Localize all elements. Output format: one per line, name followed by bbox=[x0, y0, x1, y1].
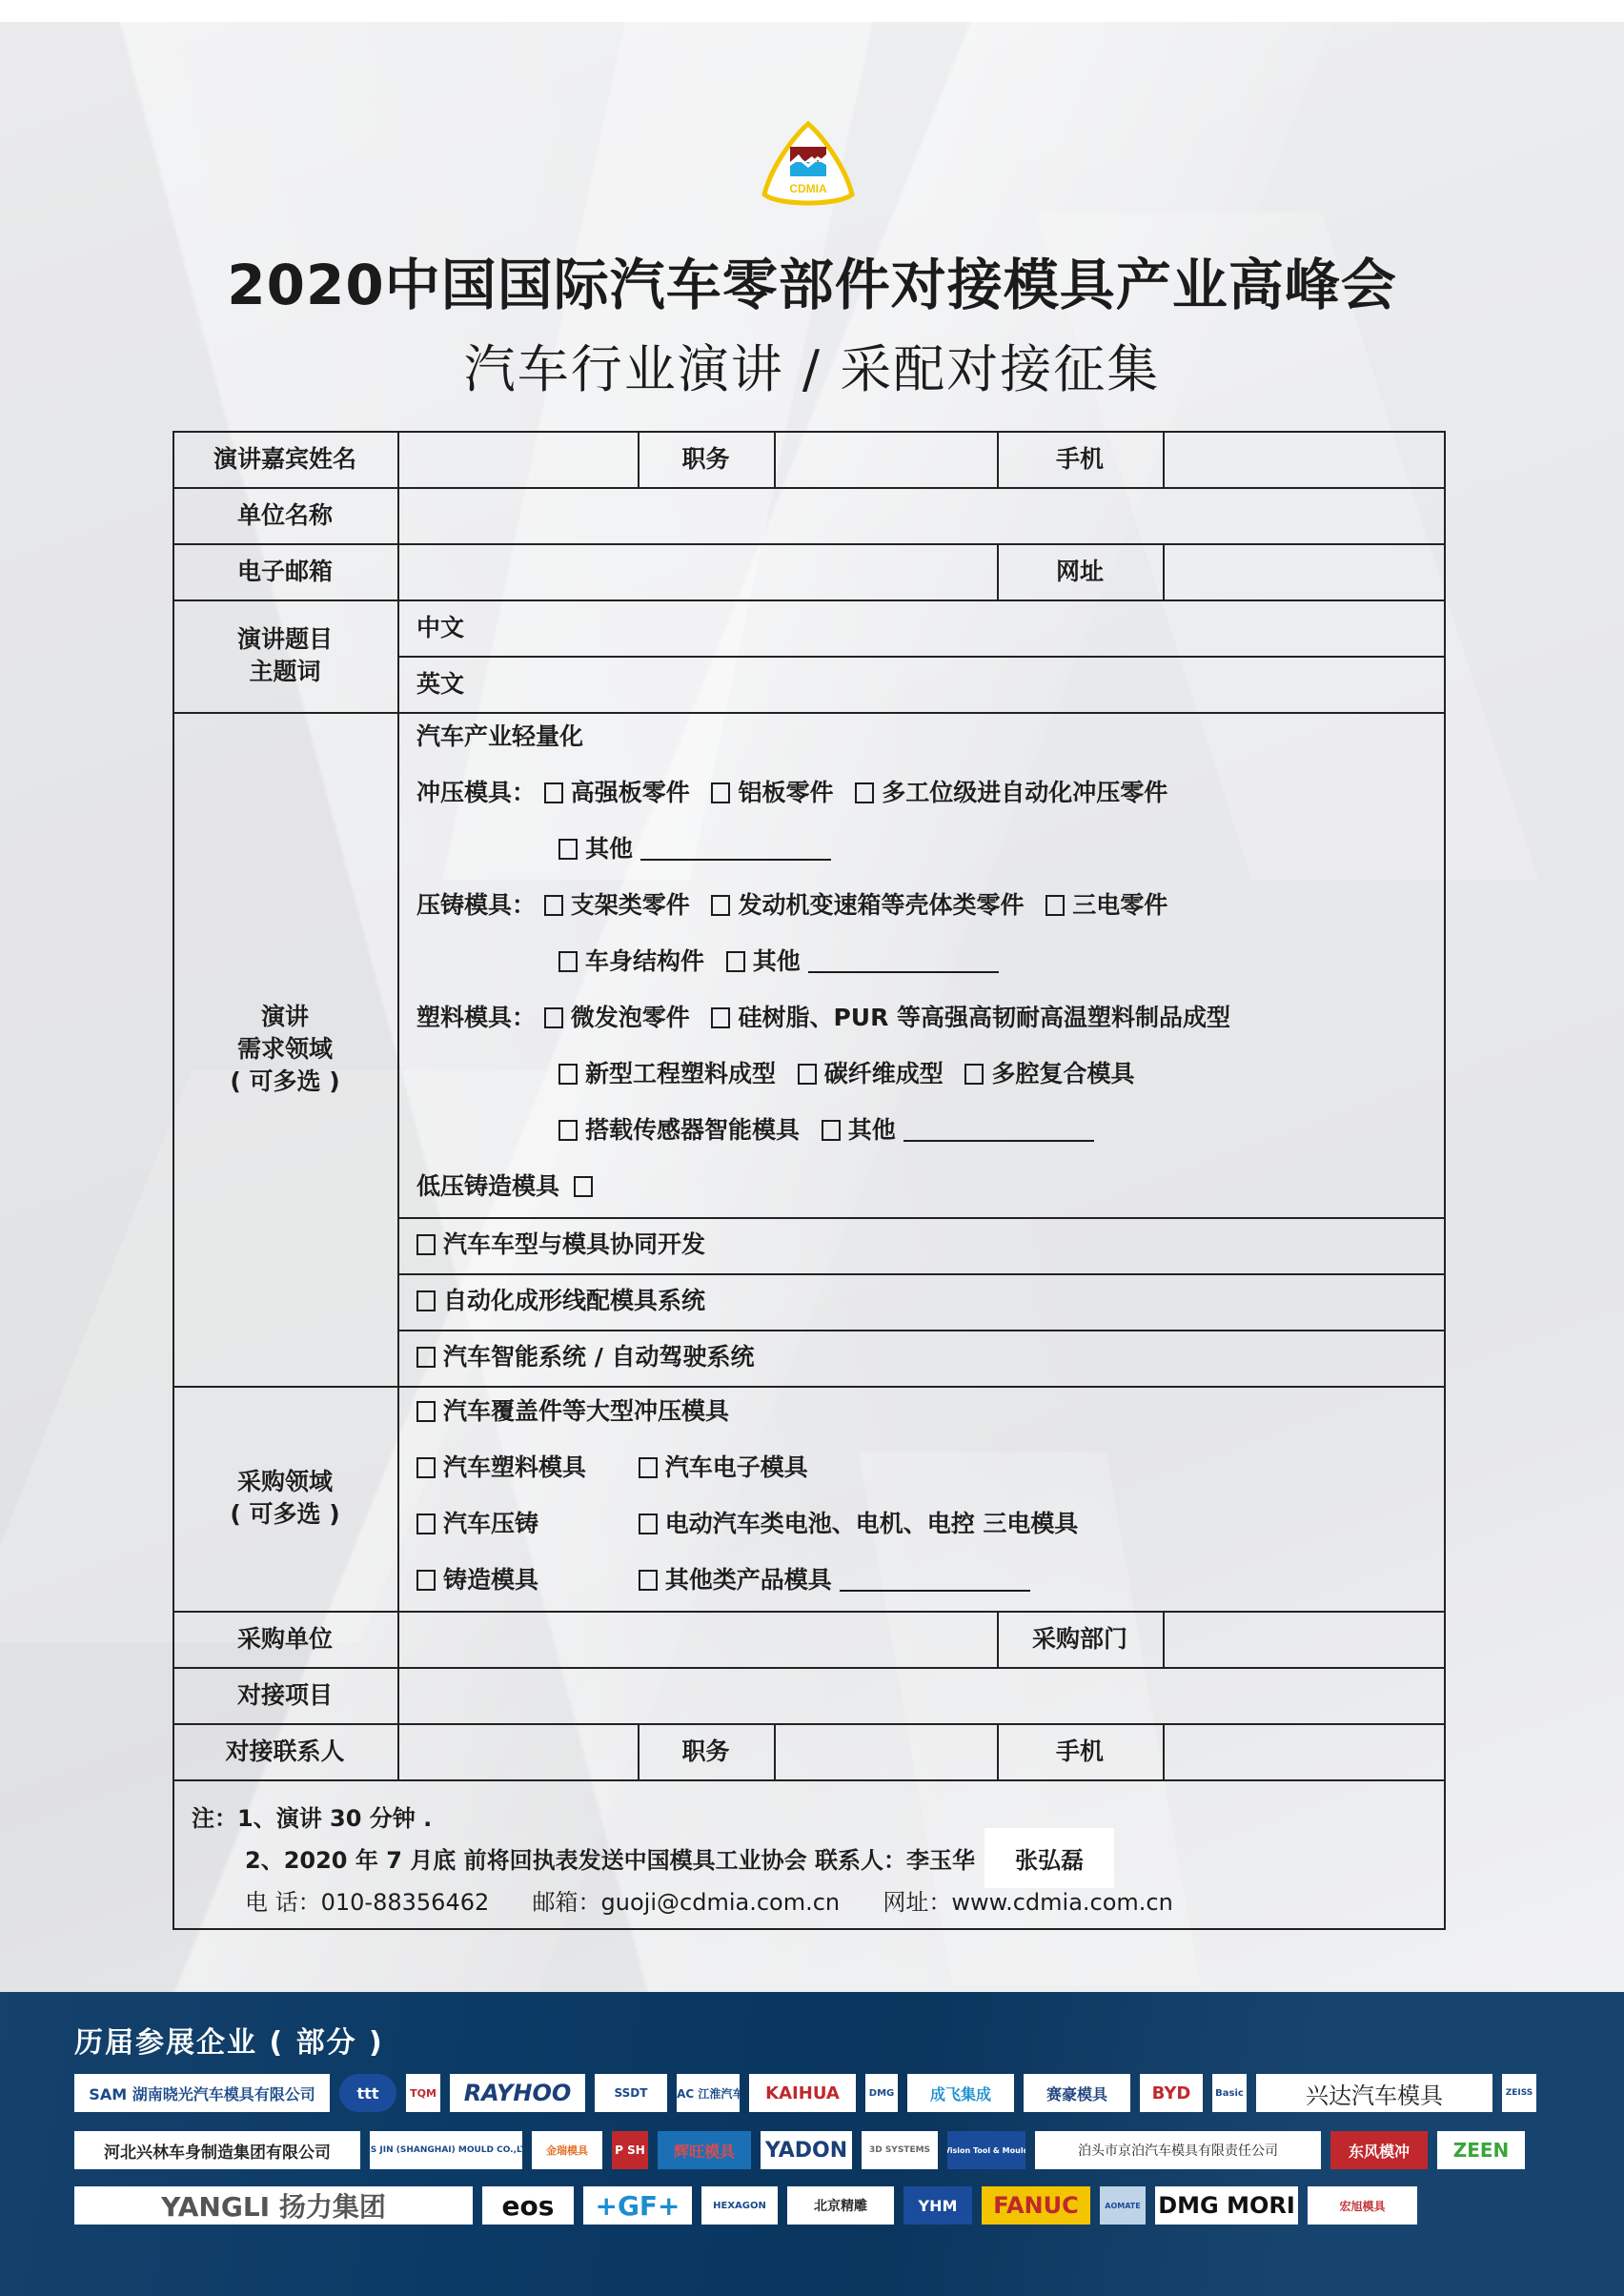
contact-person-field[interactable] bbox=[399, 1725, 638, 1779]
procurement-row-2: 汽车塑料模具 汽车电子模具 bbox=[416, 1453, 808, 1482]
option-label: 其他 bbox=[585, 835, 633, 863]
speaker-name-field[interactable] bbox=[399, 433, 638, 487]
logo-dongfeng: 东风模冲 bbox=[1330, 2131, 1428, 2169]
project-label: 对接项目 bbox=[173, 1667, 397, 1723]
note-line-2-text: 2、2020 年 7 月底 前将回执表发送中国模具工业协会 联系人：李玉华 bbox=[245, 1841, 975, 1875]
website-link[interactable]: 网址：www.cdmia.com.cn bbox=[883, 1889, 1172, 1916]
option-label: 多工位级进自动化冲压零件 bbox=[882, 779, 1167, 806]
option-label: 汽车车型与模具协同开发 bbox=[443, 1230, 705, 1258]
option-label: 汽车电子模具 bbox=[665, 1453, 808, 1481]
option-label: 碳纤维成型 bbox=[824, 1060, 944, 1087]
option-label: 汽车压铸 bbox=[443, 1510, 538, 1537]
logo-row-2: 河北兴林车身制造集团有限公司 YES JIN (SHANGHAI) MOULD … bbox=[74, 2131, 1525, 2169]
website-label: 网址 bbox=[997, 543, 1163, 599]
option-label: 车身结构件 bbox=[585, 947, 704, 975]
option-label: 发动机变速箱等壳体类零件 bbox=[738, 891, 1024, 919]
topic-cn-field[interactable] bbox=[477, 601, 1444, 656]
procurement-label-line2: ( 可多选 ) bbox=[230, 1498, 339, 1531]
logo-saihao: 赛豪模具 bbox=[1024, 2074, 1130, 2112]
plastic-row-3: 搭载传感器智能模具 其他 bbox=[558, 1116, 1094, 1145]
topic-label: 演讲题目 主题词 bbox=[173, 599, 397, 712]
position-label: 职务 bbox=[638, 431, 774, 487]
option-label: 电动汽车类电池、电机、电控 三电模具 bbox=[665, 1510, 1079, 1537]
mobile-field[interactable] bbox=[1165, 433, 1444, 487]
note-line-2: 2、2020 年 7 月底 前将回执表发送中国模具工业协会 联系人：李玉华 张弘… bbox=[245, 1828, 1114, 1888]
checkbox[interactable] bbox=[639, 1514, 658, 1534]
procurement-row-3: 汽车压铸 电动汽车类电池、电机、电控 三电模具 bbox=[416, 1510, 1078, 1538]
logo-kaihua: KAIHUA bbox=[749, 2074, 856, 2112]
contact-name-2: 张弘磊 bbox=[985, 1828, 1114, 1888]
svg-text:CDMIA: CDMIA bbox=[789, 182, 827, 195]
extra-option-2: 自动化成形线配模具系统 bbox=[416, 1287, 705, 1315]
contact-mobile-field[interactable] bbox=[1165, 1725, 1444, 1779]
checkbox[interactable] bbox=[558, 1064, 578, 1085]
logo-byd: BYD bbox=[1140, 2074, 1203, 2112]
exhibitors-title: 历届参展企业 ( 部分 ) bbox=[74, 2019, 384, 2061]
logo-jinrui: 金瑞模具 bbox=[532, 2131, 602, 2169]
stamping-label: 冲压模具： bbox=[416, 779, 536, 806]
grid-line bbox=[173, 1928, 1446, 1930]
option-label: 汽车覆盖件等大型冲压模具 bbox=[443, 1397, 729, 1425]
checkbox[interactable] bbox=[544, 1007, 563, 1028]
logo-zeen: ZEEN bbox=[1437, 2131, 1525, 2169]
logo-yadon: YADON bbox=[761, 2131, 852, 2169]
plastic-label: 塑料模具： bbox=[416, 1004, 536, 1031]
option-label: 三电零件 bbox=[1072, 891, 1167, 919]
stamping-row: 冲压模具： 高强板零件 铝板零件 多工位级进自动化冲压零件 bbox=[416, 779, 1181, 807]
topic-cn-label: 中文 bbox=[416, 614, 464, 642]
checkbox[interactable] bbox=[544, 782, 563, 803]
dept-label: 采购部门 bbox=[997, 1611, 1163, 1667]
demand-label-line3: ( 可多选 ) bbox=[230, 1066, 339, 1098]
logo-yhm: YHM bbox=[903, 2186, 972, 2225]
option-label: 硅树脂、PUR 等高强高韧耐高温塑料制品成型 bbox=[738, 1004, 1230, 1031]
plastic-row: 塑料模具： 微发泡零件 硅树脂、PUR 等高强高韧耐高温塑料制品成型 bbox=[416, 1004, 1244, 1032]
page-title: 2020中国国际汽车零部件对接模具产业高峰会 bbox=[0, 240, 1624, 320]
mobile-label: 手机 bbox=[997, 431, 1163, 487]
procurement-label-line1: 采购领域 bbox=[237, 1466, 333, 1498]
checkbox[interactable] bbox=[416, 1234, 436, 1255]
lowpressure-row: 低压铸造模具 bbox=[416, 1172, 600, 1201]
other-blank-field[interactable] bbox=[840, 1567, 1030, 1592]
option-label: 微发泡零件 bbox=[571, 1004, 690, 1031]
checkbox[interactable] bbox=[416, 1514, 436, 1534]
checkbox[interactable] bbox=[558, 1120, 578, 1141]
logo-jac: JAC 江淮汽车 bbox=[677, 2074, 740, 2112]
diecasting-label: 压铸模具： bbox=[416, 891, 536, 919]
logo-dmg-small: DMG bbox=[865, 2074, 898, 2112]
logo-xinglin: 河北兴林车身制造集团有限公司 bbox=[74, 2131, 360, 2169]
logo-fanuc: FANUC bbox=[982, 2186, 1090, 2225]
contact-position-label: 职务 bbox=[638, 1723, 774, 1779]
checkbox[interactable] bbox=[639, 1570, 658, 1591]
grid-line bbox=[397, 1330, 1446, 1331]
option-label: 铝板零件 bbox=[738, 779, 833, 806]
option-label: 支架类零件 bbox=[571, 891, 690, 919]
lightweight-heading: 汽车产业轻量化 bbox=[416, 722, 583, 751]
logo-yesjin: YES JIN (SHANGHAI) MOULD CO.,LTD bbox=[370, 2131, 522, 2169]
procurement-row-1: 汽车覆盖件等大型冲压模具 bbox=[416, 1397, 729, 1426]
logo-huiwang: 辉旺模具 bbox=[658, 2131, 751, 2169]
checkbox[interactable] bbox=[558, 839, 578, 860]
option-label: 搭载传感器智能模具 bbox=[585, 1116, 800, 1144]
dept-field[interactable] bbox=[1165, 1613, 1444, 1667]
phone-text: 电 话：010-88356462 bbox=[245, 1889, 489, 1916]
exhibitors-footer: 历届参展企业 ( 部分 ) SAM 湖南晓光汽车模具有限公司 ttt TQM R… bbox=[0, 1992, 1624, 2296]
buyer-field[interactable] bbox=[399, 1613, 997, 1667]
plastic-row-2: 新型工程塑料成型 碳纤维成型 多腔复合模具 bbox=[558, 1060, 1147, 1088]
topic-en-label: 英文 bbox=[416, 670, 464, 699]
topic-en-field[interactable] bbox=[477, 658, 1444, 712]
checkbox[interactable] bbox=[711, 782, 730, 803]
email-link[interactable]: 邮箱：guoji@cdmia.com.cn bbox=[533, 1889, 841, 1916]
grid-line bbox=[173, 1779, 1446, 1781]
option-label: 其他类产品模具 bbox=[665, 1566, 832, 1594]
logo-tqm: TQM bbox=[406, 2074, 440, 2112]
checkbox[interactable] bbox=[416, 1401, 436, 1422]
option-label: 其他 bbox=[753, 947, 801, 975]
diecasting-row: 压铸模具： 支架类零件 发动机变速箱等壳体类零件 三电零件 bbox=[416, 891, 1181, 920]
logo-vision-tool: Vision Tool & Mould bbox=[947, 2131, 1025, 2169]
checkbox[interactable] bbox=[558, 951, 578, 972]
checkbox[interactable] bbox=[964, 1064, 984, 1085]
option-label: 自动化成形线配模具系统 bbox=[443, 1287, 705, 1314]
email-label: 电子邮箱 bbox=[173, 543, 397, 599]
checkbox[interactable] bbox=[416, 1290, 436, 1311]
logo-row-1: SAM 湖南晓光汽车模具有限公司 ttt TQM RAYHOO SSDT JAC… bbox=[74, 2074, 1536, 2112]
logo-eos: eos bbox=[482, 2186, 574, 2225]
option-label: 汽车智能系统 / 自动驾驶系统 bbox=[443, 1343, 755, 1371]
option-label: 铸造模具 bbox=[443, 1566, 538, 1594]
demand-label-line1: 演讲 bbox=[261, 1001, 309, 1033]
logo-zeiss: ZEISS bbox=[1502, 2074, 1536, 2112]
extra-option-3: 汽车智能系统 / 自动驾驶系统 bbox=[416, 1343, 755, 1372]
checkbox[interactable] bbox=[416, 1457, 436, 1478]
topic-label-line2: 主题词 bbox=[249, 656, 320, 688]
logo-ssdt: SSDT bbox=[595, 2074, 667, 2112]
logo-3dsystems: 3D SYSTEMS bbox=[862, 2131, 938, 2169]
extra-option-1: 汽车车型与模具协同开发 bbox=[416, 1230, 705, 1259]
logo-yangli: YANGLI 扬力集团 bbox=[74, 2186, 473, 2225]
checkbox[interactable] bbox=[855, 782, 874, 803]
option-label: 高强板零件 bbox=[571, 779, 690, 806]
logo-row-3: YANGLI 扬力集团 eos +GF+ HEXAGON 北京精雕 YHM FA… bbox=[74, 2186, 1417, 2225]
option-label: 其他 bbox=[848, 1116, 896, 1144]
grid-line bbox=[397, 1273, 1446, 1275]
other-blank-field[interactable] bbox=[808, 948, 999, 973]
logo-jingbo: 泊头市京泊汽车模具有限责任公司 bbox=[1035, 2131, 1321, 2169]
option-label: 新型工程塑料成型 bbox=[585, 1060, 776, 1087]
checkbox[interactable] bbox=[798, 1064, 817, 1085]
page-subtitle: 汽车行业演讲 / 采配对接征集 bbox=[0, 329, 1624, 402]
contact-mobile-label: 手机 bbox=[997, 1723, 1163, 1779]
checkbox[interactable] bbox=[1045, 895, 1065, 916]
checkbox[interactable] bbox=[711, 1007, 730, 1028]
other-blank-field[interactable] bbox=[640, 836, 831, 861]
checkbox[interactable] bbox=[822, 1120, 841, 1141]
speaker-name-label: 演讲嘉宾姓名 bbox=[173, 431, 397, 487]
checkbox[interactable] bbox=[544, 895, 563, 916]
buyer-label: 采购单位 bbox=[173, 1611, 397, 1667]
logo-push: P SH bbox=[612, 2131, 648, 2169]
logo-aomate: AOMATE bbox=[1100, 2186, 1146, 2225]
contact-person-label: 对接联系人 bbox=[173, 1723, 397, 1779]
cdmia-logo: CDMIA bbox=[759, 120, 858, 211]
procurement-row-4: 铸造模具 其他类产品模具 bbox=[416, 1566, 1030, 1595]
logo-sam: SAM 湖南晓光汽车模具有限公司 bbox=[74, 2074, 330, 2112]
checkbox[interactable] bbox=[711, 895, 730, 916]
option-label: 汽车塑料模具 bbox=[443, 1453, 586, 1481]
checkbox[interactable] bbox=[639, 1457, 658, 1478]
logo-chengfei: 成飞集成 bbox=[907, 2074, 1014, 2112]
checkbox[interactable] bbox=[416, 1347, 436, 1368]
registration-form: 演讲嘉宾姓名 职务 手机 单位名称 电子邮箱 网址 演讲题目 主题词 中文 英文… bbox=[173, 431, 1446, 1930]
logo-hexagon: HEXAGON bbox=[701, 2186, 778, 2225]
other-blank-field[interactable] bbox=[903, 1117, 1094, 1142]
option-label: 多腔复合模具 bbox=[991, 1060, 1134, 1087]
demand-label-line2: 需求领域 bbox=[237, 1033, 333, 1066]
logo-dmg-mori: DMG MORI bbox=[1155, 2186, 1298, 2225]
logo-rayhoo: RAYHOO bbox=[450, 2074, 585, 2112]
note-line-3: 电 话：010-88356462 邮箱：guoji@cdmia.com.cn 网… bbox=[245, 1883, 1173, 1917]
company-label: 单位名称 bbox=[173, 487, 397, 543]
logo-ttt: ttt bbox=[339, 2074, 396, 2112]
checkbox[interactable] bbox=[726, 951, 745, 972]
website-field[interactable] bbox=[1165, 545, 1444, 599]
grid-line bbox=[397, 431, 399, 1779]
grid-line bbox=[1444, 431, 1446, 1930]
grid-line bbox=[397, 1217, 1446, 1219]
checkbox[interactable] bbox=[416, 1570, 436, 1591]
stamping-row-2: 其他 bbox=[558, 835, 831, 864]
procurement-label: 采购领域 ( 可多选 ) bbox=[173, 1386, 397, 1611]
logo-basic: Basic bbox=[1212, 2074, 1247, 2112]
demand-label: 演讲 需求领域 ( 可多选 ) bbox=[173, 712, 397, 1386]
topic-label-line1: 演讲题目 bbox=[237, 623, 333, 656]
diecasting-row-2: 车身结构件 其他 bbox=[558, 947, 999, 976]
project-field[interactable] bbox=[399, 1669, 1444, 1723]
position-field[interactable] bbox=[776, 433, 997, 487]
logo-jingdiao: 北京精雕 bbox=[787, 2186, 894, 2225]
checkbox[interactable] bbox=[574, 1176, 593, 1197]
contact-position-field[interactable] bbox=[776, 1725, 997, 1779]
logo-hongxu: 宏旭模具 bbox=[1308, 2186, 1417, 2225]
logo-xingda: 兴达汽车模具 bbox=[1256, 2074, 1492, 2112]
logo-gf: +GF+ bbox=[583, 2186, 692, 2225]
lowpressure-label: 低压铸造模具 bbox=[416, 1172, 559, 1200]
email-field[interactable] bbox=[399, 545, 997, 599]
company-field[interactable] bbox=[399, 489, 1444, 543]
